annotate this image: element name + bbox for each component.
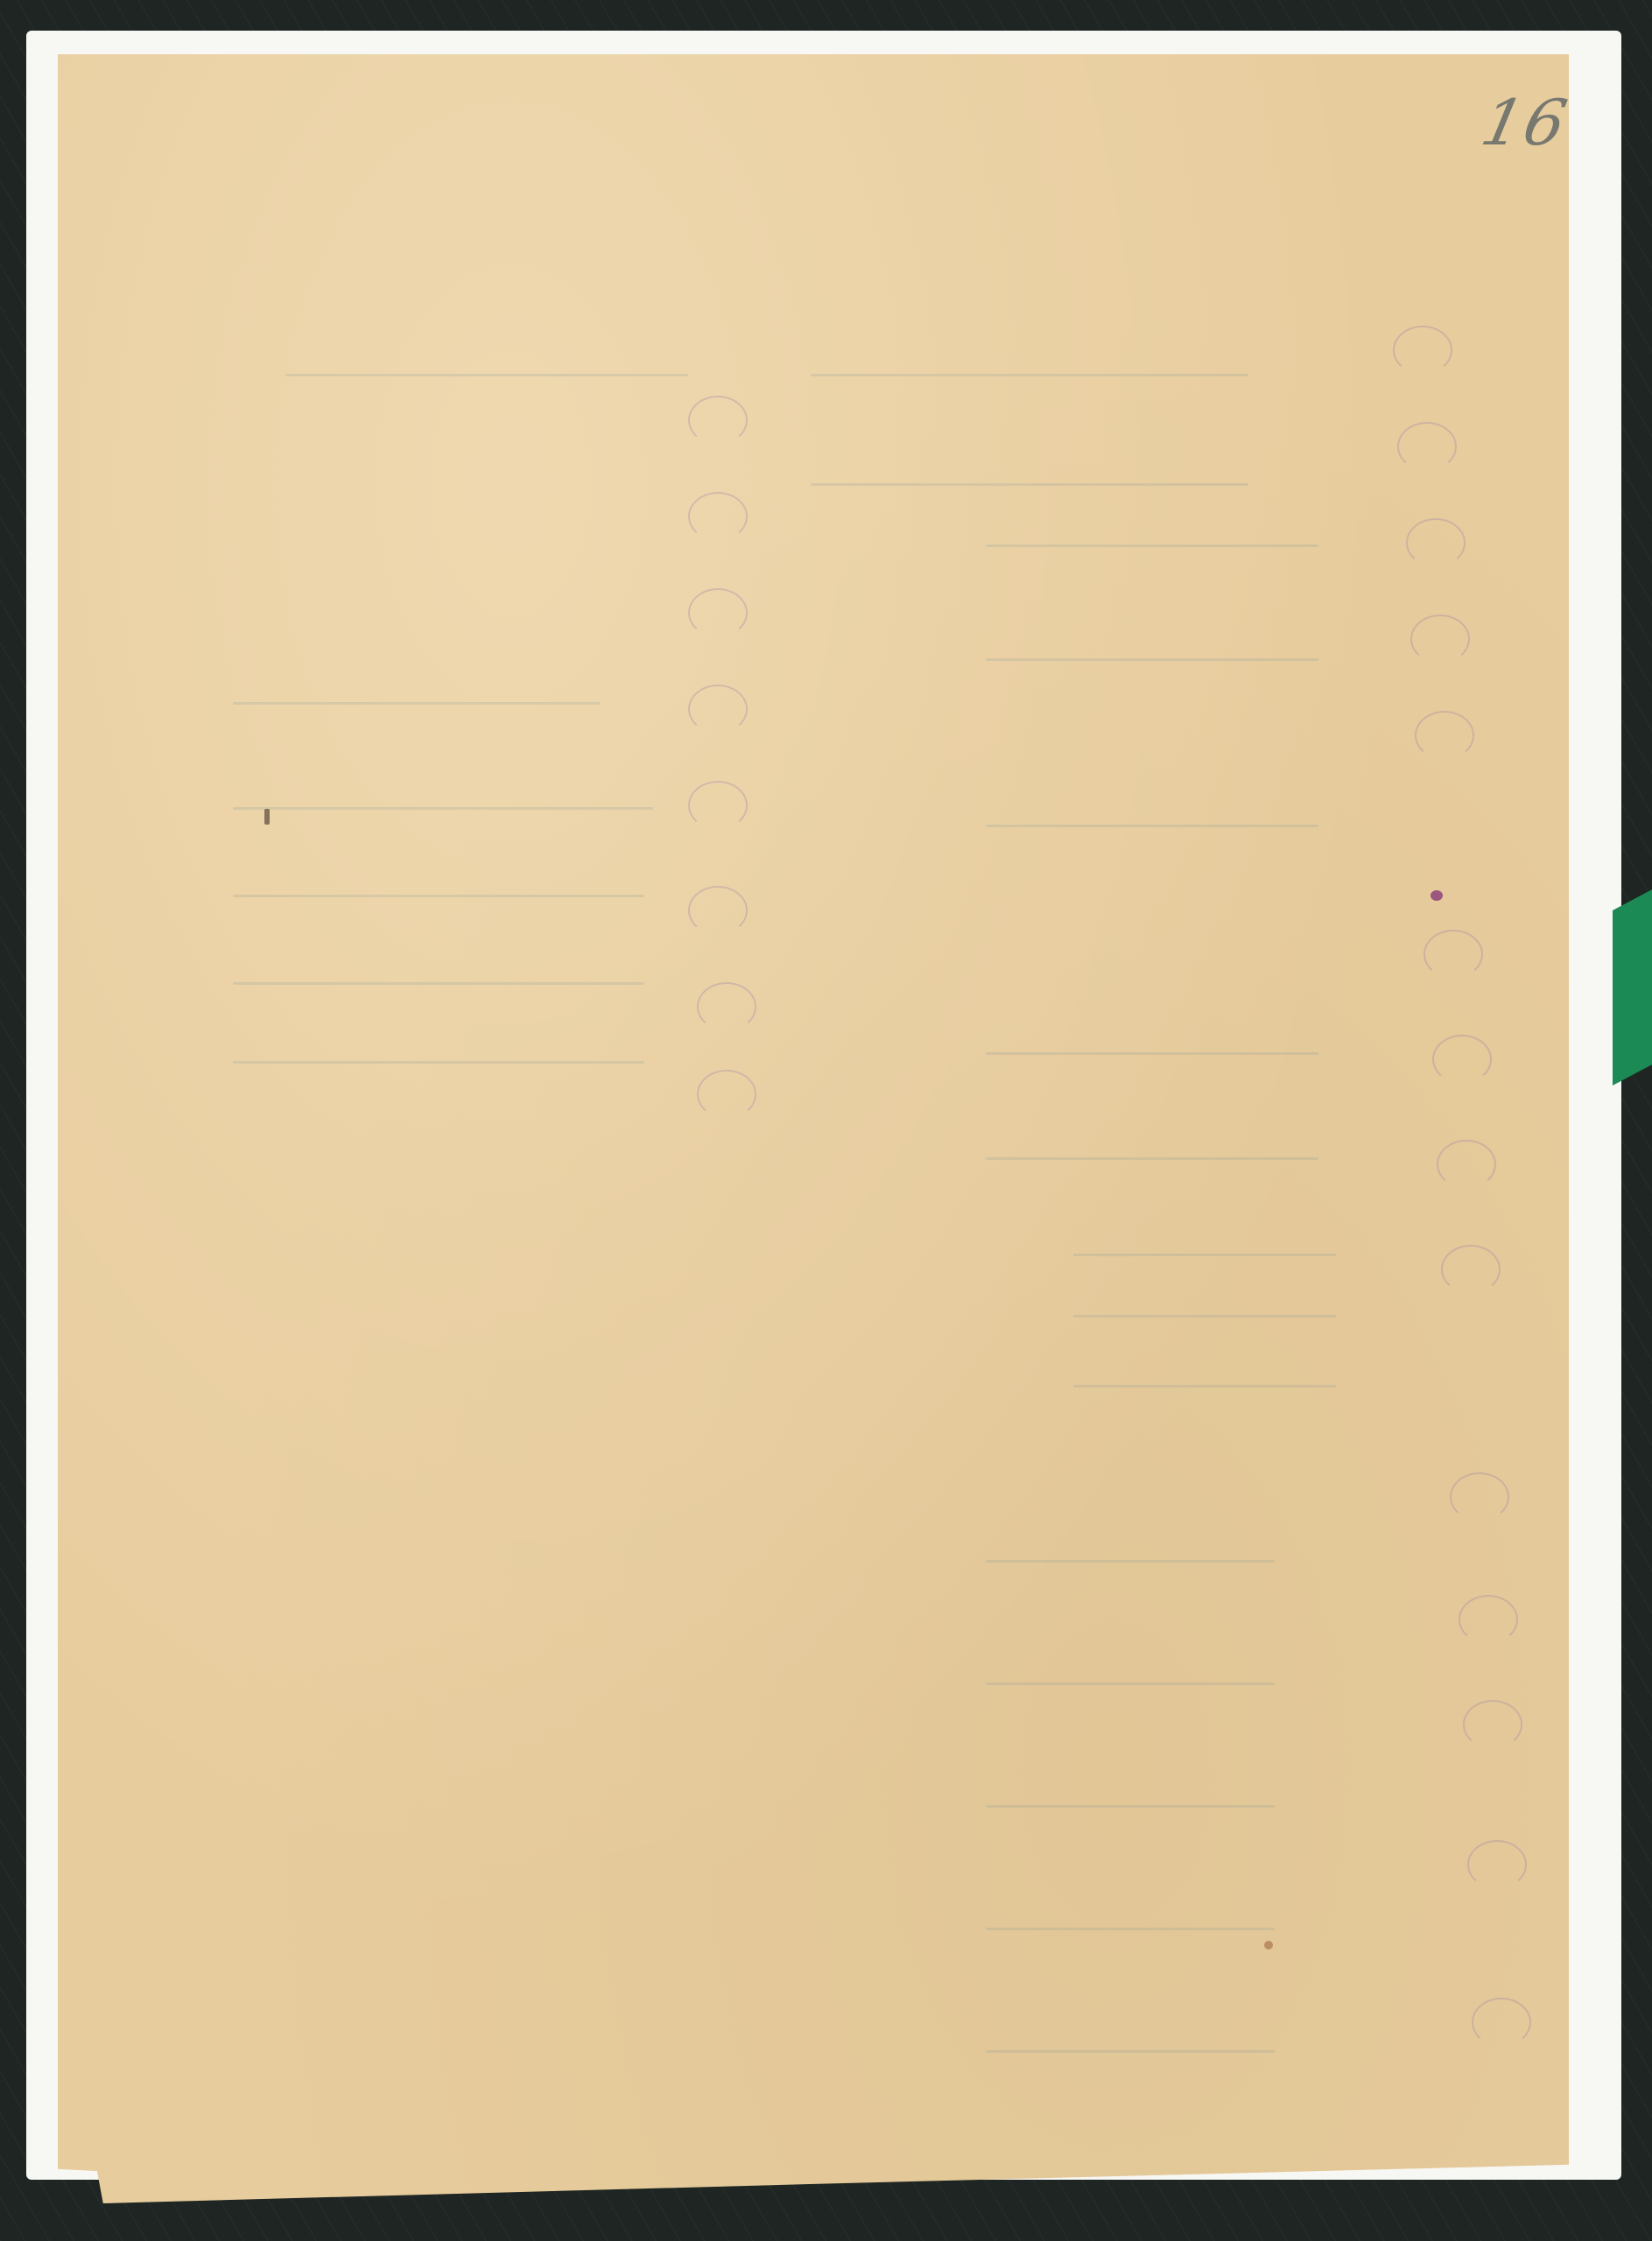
document-page: 167 (58, 54, 1569, 2203)
ink-spot (1431, 890, 1443, 901)
green-divider-tab (1613, 889, 1652, 1085)
paper-blemish (264, 809, 270, 825)
paper-blemish (1264, 1941, 1273, 1949)
